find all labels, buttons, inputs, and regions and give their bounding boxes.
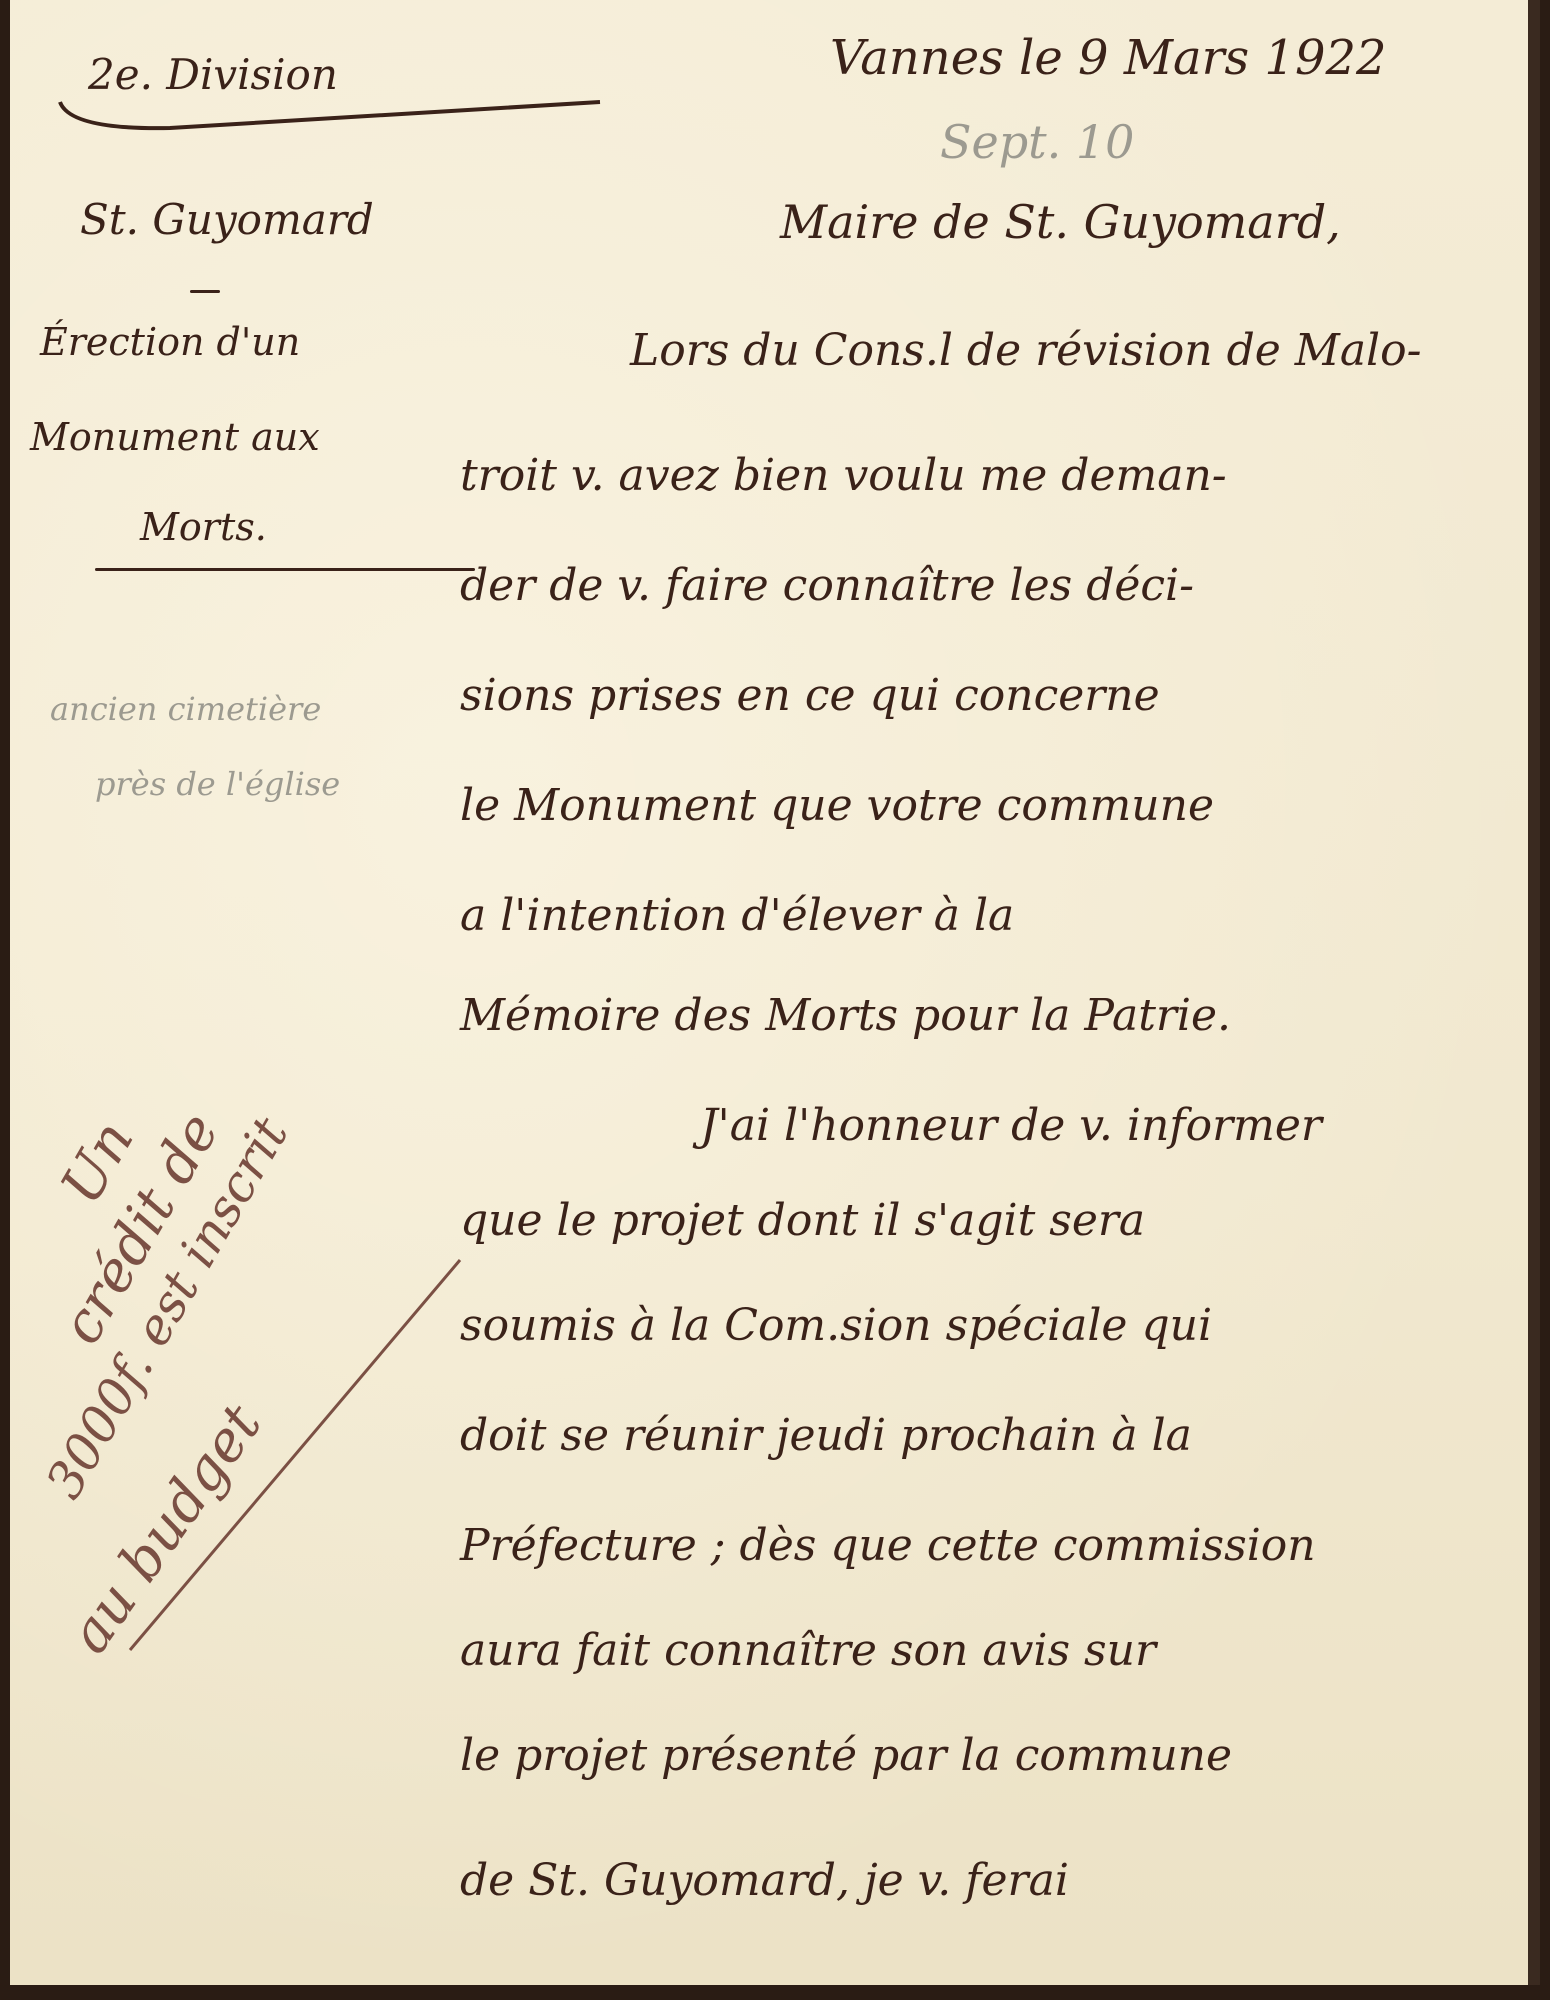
body-line-14: le projet présenté par la commune: [460, 1730, 1232, 1781]
page-edge: [1528, 0, 1540, 1985]
pencil-note-line-2: près de l'église: [95, 765, 340, 803]
body-line-12: Préfecture ; dès que cette commission: [460, 1520, 1316, 1571]
body-line-9: que le projet dont il s'agit sera: [460, 1195, 1145, 1246]
salutation: Maire de St. Guyomard,: [780, 195, 1341, 249]
body-line-3: der de v. faire connaître les déci-: [460, 560, 1194, 611]
commune-name: St. Guyomard: [80, 195, 374, 244]
subject-line-1: Érection d'un: [40, 320, 300, 364]
subject-line-2: Monument aux: [30, 415, 320, 459]
place-date: Vannes le 9 Mars 1922: [830, 30, 1387, 86]
pencil-date-note: Sept. 10: [940, 115, 1134, 169]
body-line-13: aura fait connaître son avis sur: [460, 1625, 1156, 1676]
body-line-2: troit v. avez bien voulu me deman-: [460, 450, 1227, 501]
body-line-7: Mémoire des Morts pour la Patrie.: [460, 990, 1231, 1041]
pencil-note-line-1: ancien cimetière: [50, 690, 321, 728]
body-line-8: J'ai l'honneur de v. informer: [700, 1100, 1322, 1151]
letter-page: 2e. Division St. Guyomard Érection d'un …: [10, 0, 1540, 1985]
division-underline: [50, 90, 610, 140]
body-line-15: de St. Guyomard, je v. ferai: [460, 1855, 1069, 1906]
body-line-1: Lors du Cons.l de révision de Malo-: [630, 325, 1421, 376]
body-line-6: a l'intention d'élever à la: [460, 890, 1014, 941]
body-line-10: soumis à la Com.sion spéciale qui: [460, 1300, 1212, 1351]
body-line-11: doit se réunir jeudi prochain à la: [460, 1410, 1192, 1461]
subject-underline: [95, 568, 475, 571]
annotation-stroke: [120, 1250, 480, 1670]
body-line-4: sions prises en ce qui concerne: [460, 670, 1160, 721]
body-line-5: le Monument que votre commune: [460, 780, 1214, 831]
subject-line-3: Morts.: [140, 505, 267, 549]
separator-dash: [190, 290, 220, 293]
